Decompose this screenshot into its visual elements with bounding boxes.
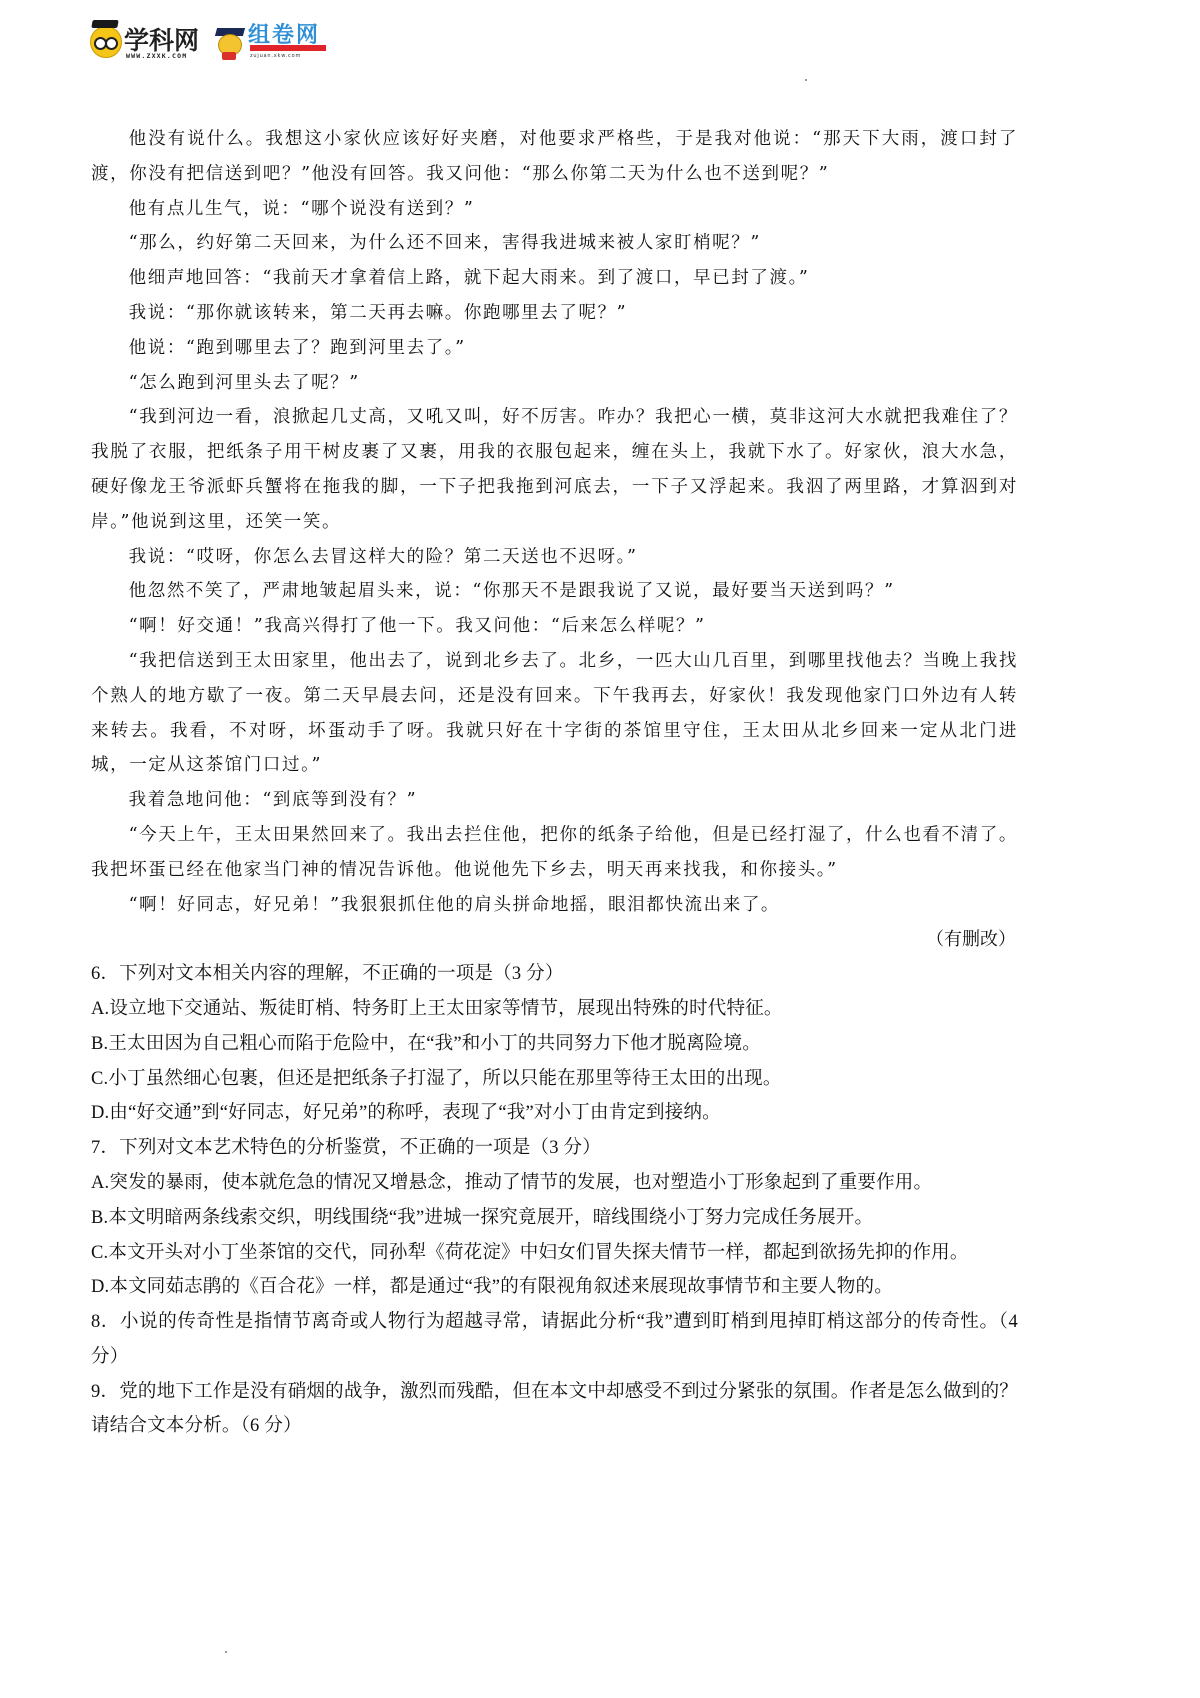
- story-paragraph: “我到河边一看，浪掀起几丈高，又吼又叫，好不厉害。咋办？我把心一横，莫非这河大水…: [91, 400, 1018, 539]
- logo-secondary-url: zujuan.xkw.com: [250, 53, 301, 59]
- logo-primary-url: WWW.ZXXK.COM: [126, 52, 187, 60]
- story-paragraph: 他忽然不笑了，严肃地皱起眉头来，说：“你那天不是跟我说了又说，最好要当天送到吗？…: [91, 574, 1018, 609]
- exam-questions: 6．下列对文本相关内容的理解，不正确的一项是（3 分） A.设立地下交通站、叛徒…: [91, 957, 1018, 1444]
- story-paragraph: 他没有说什么。我想这小家伙应该好好夹磨，对他要求严格些，于是我对他说：“那天下大…: [91, 122, 1018, 192]
- question-7-stem: 7．下列对文本艺术特色的分析鉴赏，不正确的一项是（3 分）: [91, 1131, 1018, 1166]
- story-paragraph: 他有点儿生气，说：“哪个说没有送到？”: [91, 192, 1018, 227]
- question-7-option-d: D.本文同茹志鹃的《百合花》一样，都是通过“我”的有限视角叙述来展现故事情节和主…: [91, 1270, 1018, 1305]
- question-6-option-c: C.小丁虽然细心包裹，但还是把纸条子打湿了，所以只能在那里等待王太田的出现。: [91, 1062, 1018, 1097]
- logo-accent-bar: [250, 45, 326, 51]
- story-excerpt: 他没有说什么。我想这小家伙应该好好夹磨，对他要求严格些，于是我对他说：“那天下大…: [91, 122, 1018, 922]
- story-paragraph: “啊！好同志，好兄弟！”我狠狠抓住他的肩头拼命地摇，眼泪都快流出来了。: [91, 888, 1018, 923]
- story-paragraph: 他说：“跑到哪里去了？跑到河里去了。”: [91, 331, 1018, 366]
- site-logo: 学科网 WWW.ZXXK.COM 组卷网 zujuan.xkw.com: [88, 18, 348, 64]
- question-6-option-b: B.王太田因为自己粗心而陷于危险中，在“我”和小丁的共同努力下他才脱离险境。: [91, 1027, 1018, 1062]
- story-paragraph: “今天上午，王太田果然回来了。我出去拦住他，把你的纸条子给他，但是已经打湿了，什…: [91, 818, 1018, 888]
- question-6-option-d: D.由“好交通”到“好同志，好兄弟”的称呼，表现了“我”对小丁由肯定到接纳。: [91, 1096, 1018, 1131]
- story-paragraph: “那么，约好第二天回来，为什么还不回来，害得我进城来被人家盯梢呢？”: [91, 226, 1018, 261]
- story-paragraph: 他细声地回答：“我前天才拿着信上路，就下起大雨来。到了渡口，早已封了渡。”: [91, 261, 1018, 296]
- question-7-option-b: B.本文明暗两条线索交织，明线围绕“我”进城一探究竟展开，暗线围绕小丁努力完成任…: [91, 1201, 1018, 1236]
- story-paragraph: “怎么跑到河里头去了呢？”: [91, 366, 1018, 401]
- scan-speck: [805, 79, 807, 81]
- question-9: 9．党的地下工作是没有硝烟的战争，激烈而残酷，但在本文中却感受不到过分紧张的氛围…: [91, 1375, 1018, 1445]
- source-note: （有删改）: [91, 922, 1018, 957]
- question-7-option-a: A.突发的暴雨，使本就危急的情况又增悬念，推动了情节的发展，也对塑造小丁形象起到…: [91, 1166, 1018, 1201]
- smiley-mascot-icon: [90, 26, 122, 58]
- owl-mascot-icon: [216, 26, 244, 58]
- story-paragraph: “我把信送到王太田家里，他出去了，说到北乡去了。北乡，一匹大山几百里，到哪里找他…: [91, 644, 1018, 783]
- story-paragraph: 我说：“哎呀，你怎么去冒这样大的险？第二天送也不迟呀。”: [91, 540, 1018, 575]
- question-6-option-a: A.设立地下交通站、叛徒盯梢、特务盯上王太田家等情节，展现出特殊的时代特征。: [91, 992, 1018, 1027]
- story-paragraph: “啊！好交通！”我高兴得打了他一下。我又问他：“后来怎么样呢？”: [91, 609, 1018, 644]
- question-7-option-c: C.本文开头对小丁坐茶馆的交代，同孙犁《荷花淀》中妇女们冒失探夫情节一样，都起到…: [91, 1236, 1018, 1271]
- question-6-stem: 6．下列对文本相关内容的理解，不正确的一项是（3 分）: [91, 957, 1018, 992]
- story-paragraph: 我说：“那你就该转来，第二天再去嘛。你跑哪里去了呢？”: [91, 296, 1018, 331]
- question-8: 8．小说的传奇性是指情节离奇或人物行为超越寻常，请据此分析“我”遭到盯梢到甩掉盯…: [91, 1305, 1018, 1375]
- graduation-cap-icon: [91, 20, 118, 28]
- scan-speck: [225, 1651, 227, 1653]
- story-paragraph: 我着急地问他：“到底等到没有？”: [91, 783, 1018, 818]
- document-body: 他没有说什么。我想这小家伙应该好好夹磨，对他要求严格些，于是我对他说：“那天下大…: [91, 122, 1018, 1444]
